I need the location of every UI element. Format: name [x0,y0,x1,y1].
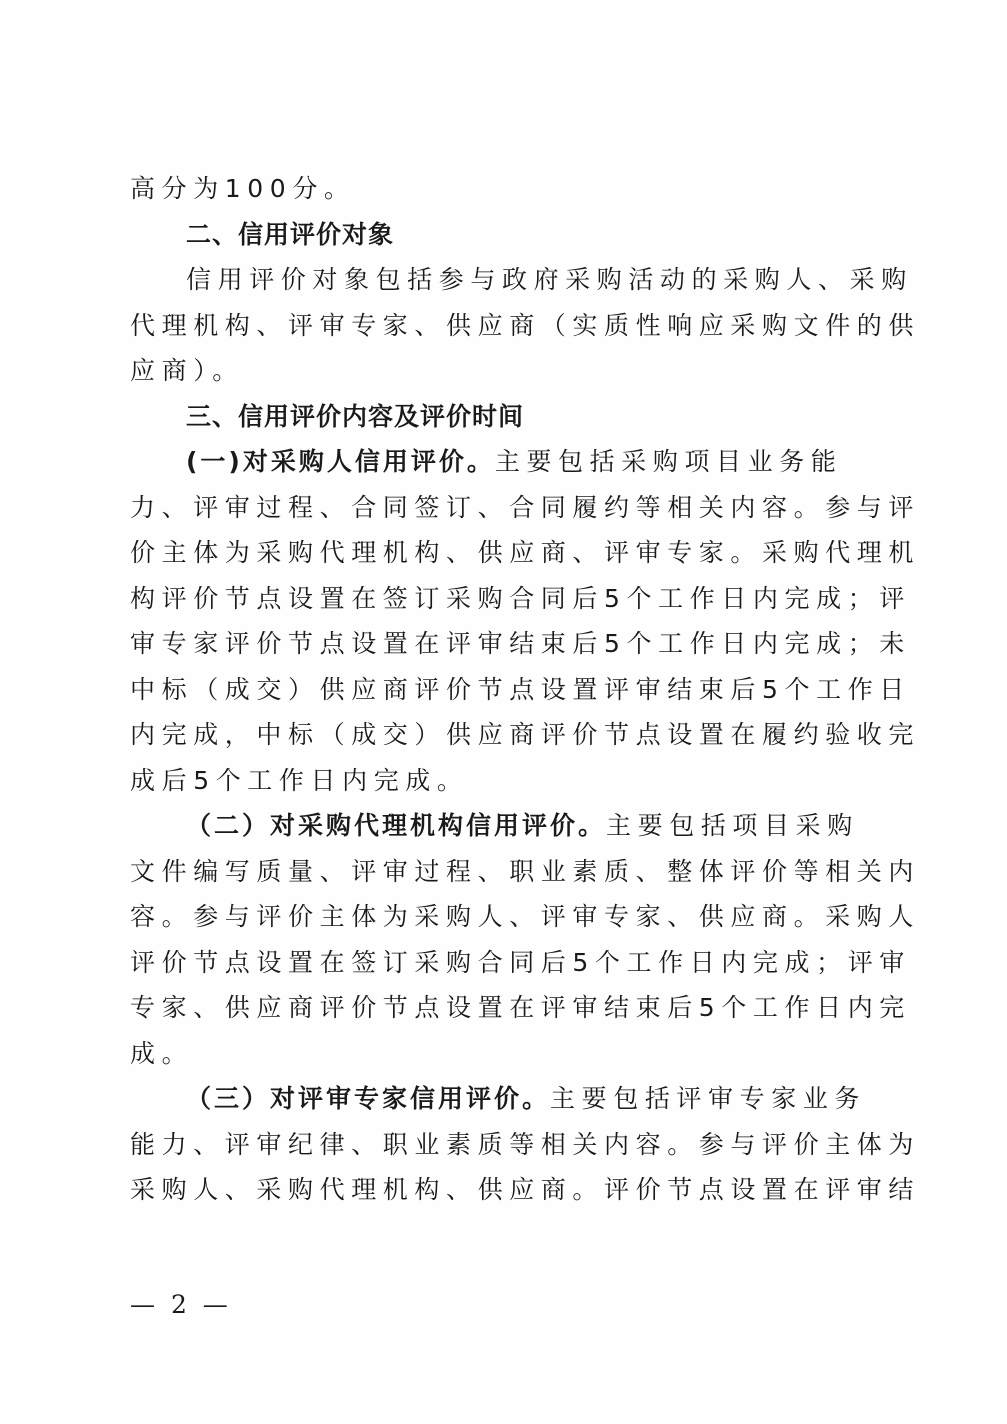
subsection-2-first-line: （二）对采购代理机构信用评价。主要包括项目采购 [130,803,865,849]
paragraph-line: 价主体为采购代理机构、供应商、评审专家。采购代理机 [130,530,865,576]
paragraph-line: 专家、供应商评价节点设置在评审结束后5个工作日内完 [130,985,865,1031]
subsection-3-first-line: （三）对评审专家信用评价。主要包括评审专家业务 [130,1076,865,1122]
paragraph-line: 高分为100分。 [130,166,865,212]
subsection-1-first-line: (一)对采购人信用评价。主要包括采购项目业务能 [130,439,865,485]
page-number: — 2 — [130,1290,232,1319]
paragraph-line: 成后5个工作日内完成。 [130,758,865,804]
section-heading-3: 三、信用评价内容及评价时间 [130,394,865,440]
subsection-title: （二）对采购代理机构信用评价。 [186,811,606,840]
paragraph-line: 代理机构、评审专家、供应商（实质性响应采购文件的供 [130,303,865,349]
subsection-title: （三）对评审专家信用评价。 [186,1084,550,1113]
paragraph-line: 内完成，中标（成交）供应商评价节点设置在履约验收完 [130,712,865,758]
subsection-title: (一)对采购人信用评价。 [186,447,495,476]
section-heading-2: 二、信用评价对象 [130,212,865,258]
paragraph-line: 能力、评审纪律、职业素质等相关内容。参与评价主体为 [130,1122,865,1168]
paragraph-line: 评价节点设置在签订采购合同后5个工作日内完成；评审 [130,940,865,986]
paragraph-line: 信用评价对象包括参与政府采购活动的采购人、采购 [130,257,865,303]
paragraph-line: 采购人、采购代理机构、供应商。评价节点设置在评审结 [130,1167,865,1213]
paragraph-line: 力、评审过程、合同签订、合同履约等相关内容。参与评 [130,485,865,531]
paragraph-line: 应商）。 [130,348,865,394]
paragraph-line: 审专家评价节点设置在评审结束后5个工作日内完成；未 [130,621,865,667]
paragraph-line: 文件编写质量、评审过程、职业素质、整体评价等相关内 [130,849,865,895]
paragraph-line: 构评价节点设置在签订采购合同后5个工作日内完成；评 [130,576,865,622]
paragraph-line: 中标（成交）供应商评价节点设置评审结束后5个工作日 [130,667,865,713]
document-page: 高分为100分。 二、信用评价对象 信用评价对象包括参与政府采购活动的采购人、采… [130,166,865,1213]
paragraph-line: 成。 [130,1031,865,1077]
paragraph-line: 容。参与评价主体为采购人、评审专家、供应商。采购人 [130,894,865,940]
